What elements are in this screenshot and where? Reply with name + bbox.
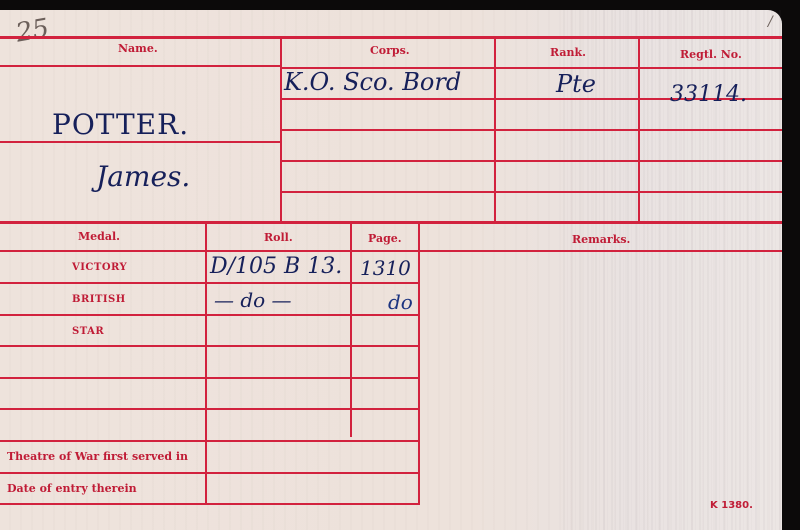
medal-label: Medal.	[78, 230, 120, 243]
corps-row-line-3	[282, 129, 782, 131]
medal-row-line-4	[0, 377, 420, 379]
medal-row-line-2	[0, 314, 420, 316]
page-value-british: do	[388, 290, 413, 314]
medal-row-line-1	[0, 282, 420, 284]
roll-page-divider	[350, 223, 352, 437]
surname-value: POTTER.	[52, 108, 189, 141]
date-entry-row-line	[0, 503, 420, 505]
corps-row-line-5	[282, 191, 782, 193]
rank-label: Rank.	[550, 46, 586, 59]
corps-label: Corps.	[370, 44, 410, 57]
regtl-no-value: 33114.	[670, 82, 747, 107]
medal-roll-divider	[205, 223, 207, 503]
rank-value: Pte	[556, 70, 596, 98]
name-label: Name.	[118, 42, 158, 55]
pencil-corner-mark: 25	[14, 13, 52, 48]
name-header-line	[0, 65, 280, 67]
roll-value-british: — do —	[214, 288, 292, 312]
theatre-row-line	[0, 472, 420, 474]
date-of-entry-label: Date of entry therein	[7, 482, 137, 495]
corner-tick-mark: /	[768, 14, 773, 30]
medal-index-card: 25 / Name. Corps. Rank. Regtl. No. POTTE…	[0, 10, 782, 530]
page-value-victory: 1310	[360, 256, 411, 280]
form-number: K 1380.	[710, 500, 753, 511]
roll-value-victory: D/105 B 13.	[210, 254, 342, 279]
top-border-line	[0, 36, 782, 39]
section-divider-line	[0, 221, 782, 224]
medal-row-line-3	[0, 345, 420, 347]
roll-label: Roll.	[264, 231, 293, 244]
page-remarks-divider	[418, 223, 420, 503]
corps-value: K.O. Sco. Bord	[284, 68, 461, 96]
medal-row-line-5	[0, 408, 420, 410]
page-label: Page.	[368, 232, 402, 245]
forename-value: James.	[96, 160, 190, 193]
regtl-no-label: Regtl. No.	[680, 48, 742, 61]
remarks-label: Remarks.	[572, 233, 630, 246]
medal-header-line	[0, 250, 782, 252]
theatre-of-war-label: Theatre of War first served in	[7, 450, 188, 463]
medal-name-star: Star	[72, 326, 104, 337]
medal-name-british: British	[72, 294, 126, 305]
name-mid-line	[0, 141, 280, 143]
corps-row-line-4	[282, 160, 782, 162]
medal-row-line-6	[0, 440, 420, 442]
medal-name-victory: Victory	[72, 262, 127, 273]
